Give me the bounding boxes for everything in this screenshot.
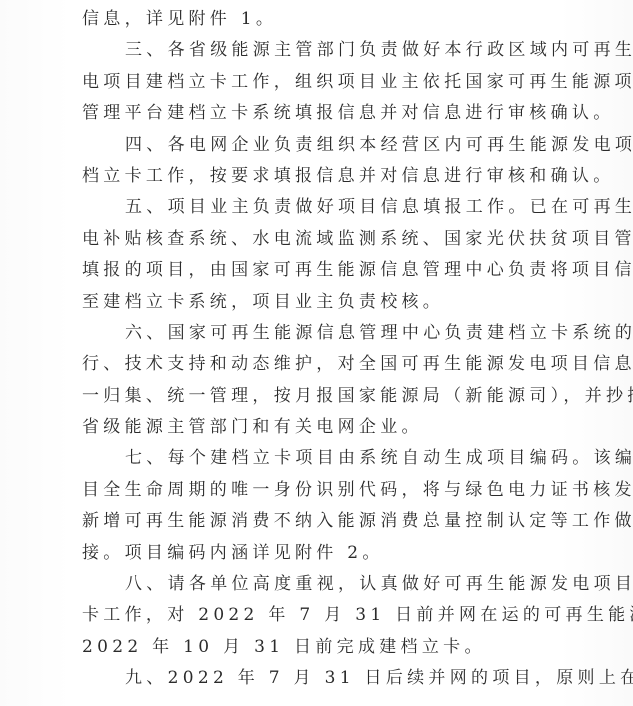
text-line: 档立卡工作，按要求填报信息并对信息进行审核和确认。 — [82, 161, 550, 192]
paragraph-3-provincial-authorities: 三、各省级能源主管部门负责做好本行政区域内可再生能源发 电项目建档立卡工作，组织… — [82, 35, 550, 129]
text-line: 2022 年 10 月 31 日前完成建档立卡。 — [82, 632, 550, 663]
paragraph-4-grid-enterprises: 四、各电网企业负责组织本经营区内可再生能源发电项目的建 档立卡工作，按要求填报信… — [82, 130, 550, 193]
text-line: 卡工作，对 2022 年 7 月 31 日前并网在运的可再生能源发电项目， — [82, 600, 550, 631]
text-line: 七、每个建档立卡项目由系统自动生成项目编码。该编码为项 — [82, 443, 550, 474]
text-line: 六、国家可再生能源信息管理中心负责建档立卡系统的建设运 — [82, 318, 550, 349]
text-line: 目全生命周期的唯一身份识别代码，将与绿色电力证书核发和交易、 — [82, 475, 550, 506]
text-line: 电补贴核查系统、水电流域监测系统、国家光伏扶贫项目管理系统 — [82, 224, 550, 255]
text-line: 五、项目业主负责做好项目信息填报工作。已在可再生能源发 — [82, 192, 550, 223]
text-line: 信息，详见附件 1。 — [82, 4, 550, 35]
text-line: 电项目建档立卡工作，组织项目业主依托国家可再生能源项目信息 — [82, 67, 550, 98]
text-line: 填报的项目，由国家可再生能源信息管理中心负责将项目信息推送 — [82, 255, 550, 286]
text-line: 省级能源主管部门和有关电网企业。 — [82, 412, 550, 443]
text-line: 新增可再生能源消费不纳入能源消费总量控制认定等工作做好衔 — [82, 506, 550, 537]
text-line: 行、技术支持和动态维护，对全国可再生能源发电项目信息进行统 — [82, 349, 550, 380]
text-line: 九、2022 年 7 月 31 日后续并网的项目，原则上在并网后一个月 — [82, 663, 550, 694]
text-line: 三、各省级能源主管部门负责做好本行政区域内可再生能源发 — [82, 35, 550, 66]
text-line: 四、各电网企业负责组织本经营区内可再生能源发电项目的建 — [82, 130, 550, 161]
paragraph-attachment1-tail: 信息，详见附件 1。 — [82, 4, 550, 35]
text-line: 至建档立卡系统，项目业主负责校核。 — [82, 287, 550, 318]
paragraph-5-project-owners: 五、项目业主负责做好项目信息填报工作。已在可再生能源发 电补贴核查系统、水电流域… — [82, 192, 550, 318]
text-line: 管理平台建档立卡系统填报信息并对信息进行审核确认。 — [82, 98, 550, 129]
paragraph-7-project-code: 七、每个建档立卡项目由系统自动生成项目编码。该编码为项 目全生命周期的唯一身份识… — [82, 443, 550, 569]
text-line: 接。项目编码内涵详见附件 2。 — [82, 538, 550, 569]
paragraph-9-subsequent-projects: 九、2022 年 7 月 31 日后续并网的项目，原则上在并网后一个月 — [82, 663, 550, 694]
text-line: 一归集、统一管理，按月报国家能源局（新能源司），并抄报有关 — [82, 381, 550, 412]
paragraph-6-info-center: 六、国家可再生能源信息管理中心负责建档立卡系统的建设运 行、技术支持和动态维护，… — [82, 318, 550, 444]
document-page: 信息，详见附件 1。 三、各省级能源主管部门负责做好本行政区域内可再生能源发 电… — [82, 4, 550, 695]
text-line: 八、请各单位高度重视，认真做好可再生能源发电项目建档立 — [82, 569, 550, 600]
paragraph-8-deadlines: 八、请各单位高度重视，认真做好可再生能源发电项目建档立 卡工作，对 2022 年… — [82, 569, 550, 663]
